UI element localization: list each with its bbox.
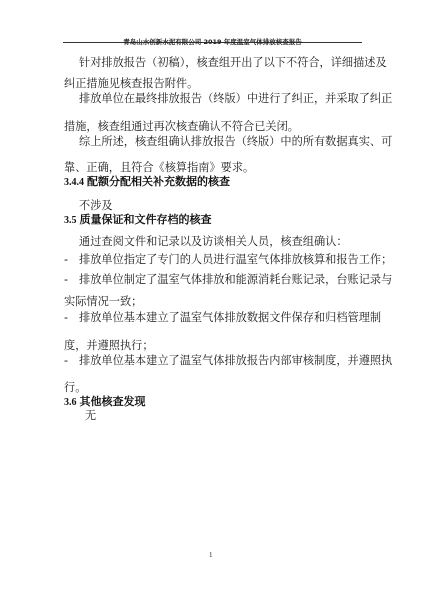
section-title: 其他核查发现 bbox=[80, 395, 146, 408]
section-heading-3-6: 3.6其他核查发现 bbox=[64, 395, 146, 410]
section-content: 无 bbox=[85, 409, 96, 423]
page-number: 1 bbox=[209, 551, 213, 559]
bullet-continuation: 实际情况一致； bbox=[64, 295, 142, 309]
section-number: 3.4.4 bbox=[64, 177, 84, 188]
paragraph-line: 针对排放报告（初稿），核查组开出了以下不符合，详细描述及 bbox=[79, 56, 387, 70]
section-number: 3.6 bbox=[64, 397, 77, 408]
bullet-item: -排放单位指定了专门的人员进行温室气体排放核算和报告工作； bbox=[64, 253, 392, 267]
bullet-text: 排放单位指定了专门的人员进行温室气体排放核算和报告工作； bbox=[79, 253, 392, 266]
bullet-item: -排放单位基本建立了温室气体排放数据文件保存和归档管理制 bbox=[64, 311, 381, 325]
bullet-dash: - bbox=[64, 273, 79, 287]
header-title: 青岛山水创新水泥有限公司 2019 年度温室气体排放核查报告 bbox=[123, 37, 302, 47]
bullet-dash: - bbox=[64, 354, 79, 368]
paragraph-line: 靠、正确，且符合《核算指南》要求。 bbox=[64, 161, 254, 175]
page-header: 青岛山水创新水泥有限公司 2019 年度温室气体排放核查报告 bbox=[63, 29, 362, 43]
section-intro: 通过查阅文件和记录以及访谈相关人员，核查组确认： bbox=[79, 235, 348, 249]
bullet-item: -排放单位基本建立了温室气体排放报告内部审核制度，并遵照执 bbox=[64, 354, 392, 368]
bullet-text: 排放单位基本建立了温室气体排放数据文件保存和归档管理制 bbox=[79, 311, 381, 324]
bullet-continuation: 度，并遵照执行； bbox=[64, 339, 154, 353]
bullet-continuation: 行。 bbox=[64, 381, 86, 395]
bullet-text: 排放单位基本建立了温室气体排放报告内部审核制度，并遵照执 bbox=[79, 354, 392, 367]
section-heading-3-4-4: 3.4.4配额分配相关补充数据的核查 bbox=[64, 175, 230, 190]
bullet-dash: - bbox=[64, 253, 79, 267]
paragraph-line: 措施，核查组通过再次核查确认不符合已关闭。 bbox=[64, 120, 299, 134]
section-title: 配额分配相关补充数据的核查 bbox=[87, 175, 230, 188]
section-number: 3.5 bbox=[64, 215, 77, 226]
section-content: 不涉及 bbox=[79, 199, 113, 213]
bullet-text: 排放单位制定了温室气体排放和能源消耗台账记录，台账记录与 bbox=[79, 273, 392, 286]
paragraph-line: 综上所述，核查组确认排放报告（终版）中的所有数据真实、可 bbox=[79, 135, 392, 149]
paragraph-line: 纠正措施见核查报告附件。 bbox=[64, 77, 198, 91]
bullet-dash: - bbox=[64, 311, 79, 325]
section-heading-3-5: 3.5质量保证和文件存档的核查 bbox=[64, 213, 212, 228]
bullet-item: -排放单位制定了温室气体排放和能源消耗台账记录，台账记录与 bbox=[64, 273, 392, 287]
paragraph-line: 排放单位在最终排放报告（终版）中进行了纠正，并采取了纠正 bbox=[79, 92, 392, 106]
section-title: 质量保证和文件存档的核查 bbox=[80, 213, 212, 226]
